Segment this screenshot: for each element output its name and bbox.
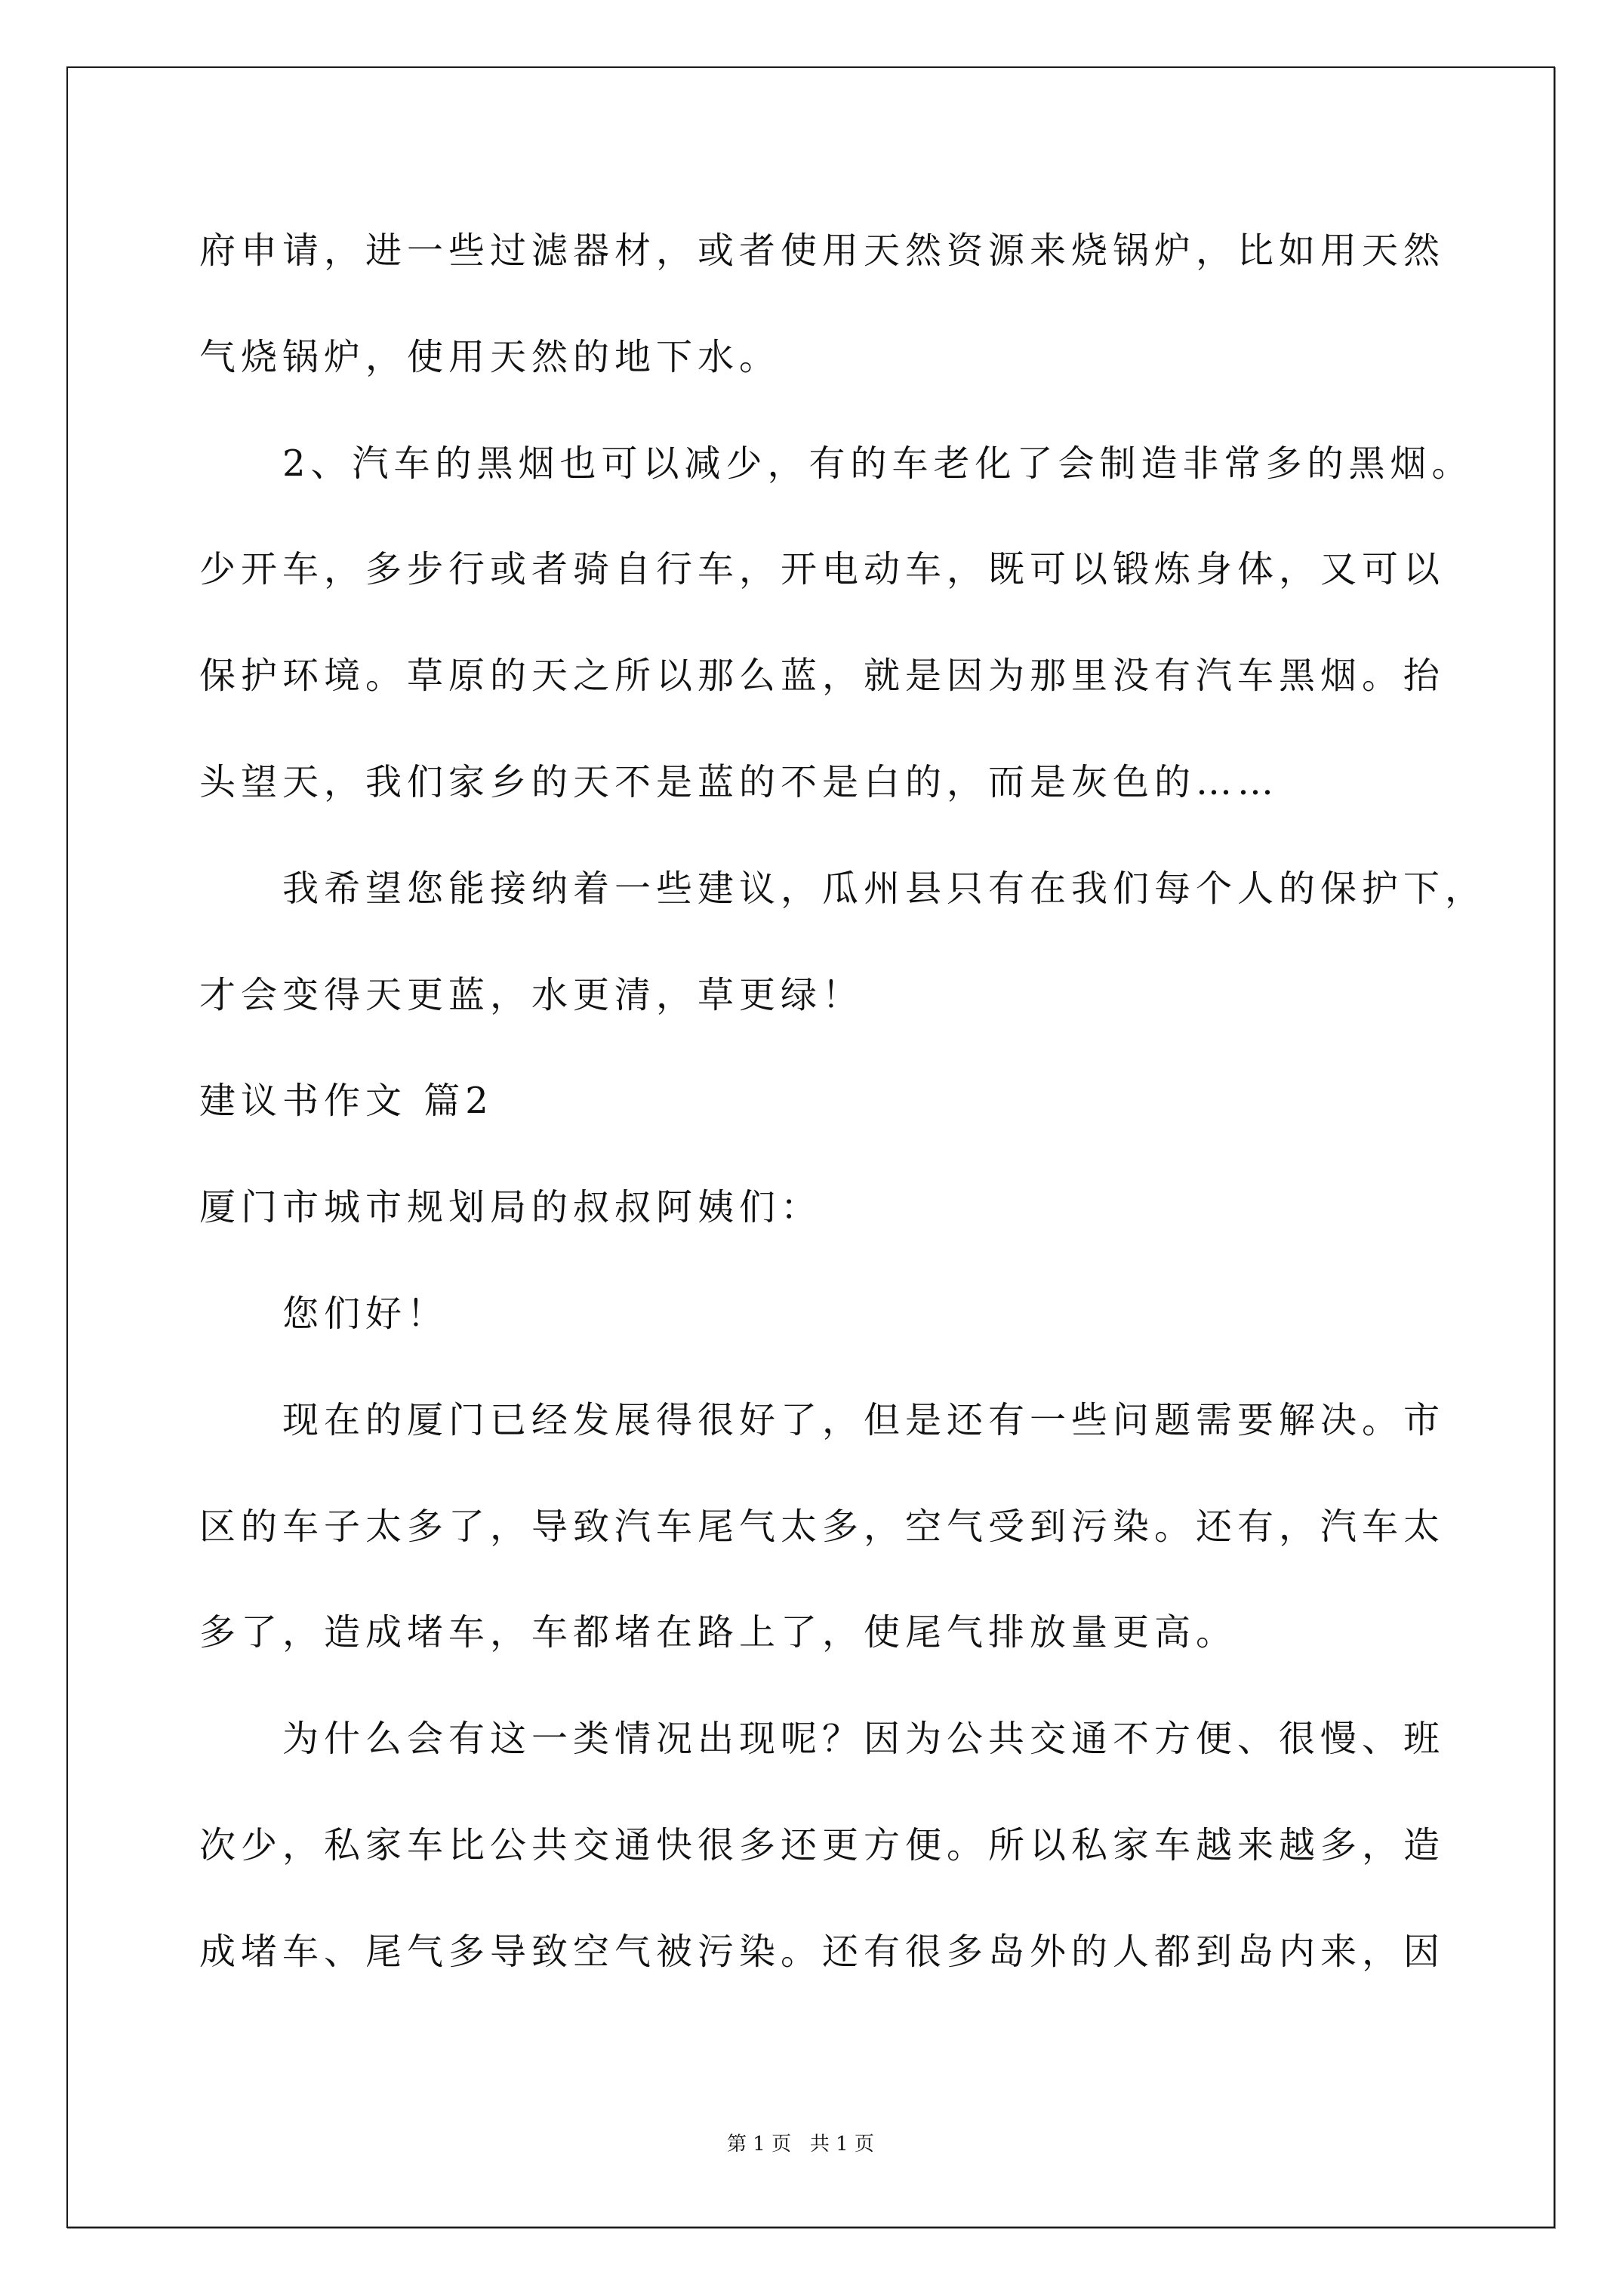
- paragraph-line: 区的车子太多了，导致汽车尾气太多，空气受到污染。还有，汽车太: [199, 1505, 1445, 1548]
- section-heading: 建议书作文 篇2: [199, 1080, 494, 1122]
- paragraph-line: 才会变得天更蓝，水更清，草更绿！: [199, 974, 864, 1016]
- paragraph-line: 多了，造成堵车，车都堵在路上了，使尾气排放量更高。: [199, 1611, 1237, 1653]
- paragraph-line: 次少，私家车比公共交通快很多还更方便。所以私家车越来越多，造: [199, 1824, 1445, 1866]
- paragraph-line: 保护环境。草原的天之所以那么蓝，就是因为那里没有汽车黑烟。抬: [199, 655, 1445, 697]
- paragraph-line: 府申请，进一些过滤器材，或者使用天然资源来烧锅炉，比如用天然: [199, 230, 1445, 272]
- letter-salutation: 厦门市城市规划局的叔叔阿姨们：: [199, 1186, 822, 1228]
- paragraph-line: 成堵车、尾气多导致空气被污染。还有很多岛外的人都到岛内来，因: [199, 1931, 1445, 1973]
- page-border: [66, 66, 1555, 2228]
- paragraph-line: 2、汽车的黑烟也可以减少，有的车老化了会制造非常多的黑烟。: [282, 442, 1474, 485]
- paragraph-line: 头望天，我们家乡的天不是蓝的不是白的，而是灰色的……: [199, 761, 1279, 803]
- paragraph-line: 我希望您能接纳着一些建议，瓜州县只有在我们每个人的保护下，: [282, 868, 1486, 910]
- greeting-line: 您们好！: [282, 1293, 448, 1335]
- paragraph-line: 为什么会有这一类情况出现呢？因为公共交通不方便、很慢、班: [282, 1718, 1445, 1760]
- paragraph-line: 现在的厦门已经发展得很好了，但是还有一些问题需要解决。市: [282, 1399, 1445, 1441]
- paragraph-line: 气烧锅炉，使用天然的地下水。: [199, 336, 781, 378]
- page-number-footer: 第 1 页 共 1 页: [727, 2131, 874, 2158]
- paragraph-line: 少开车，多步行或者骑自行车，开电动车，既可以锻炼身体，又可以: [199, 548, 1445, 590]
